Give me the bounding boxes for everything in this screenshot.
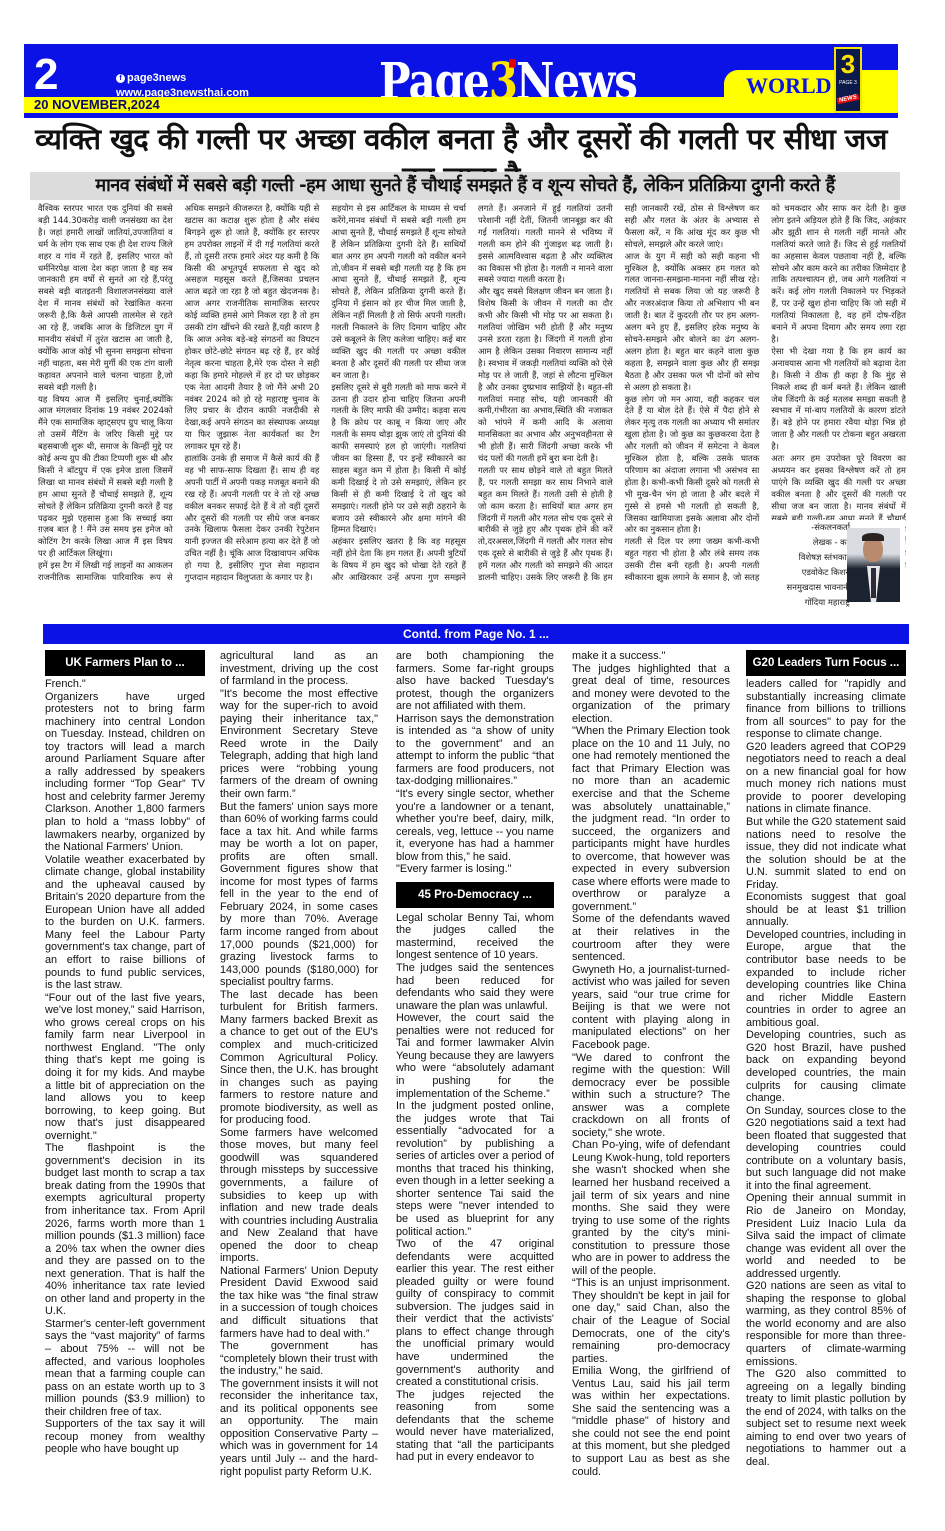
column-3: are both championing the farmers. Some f… [396,650,554,1464]
article-paragraph: हालांकि उनके ही समाज में कैसे कार्य की ह… [185,453,320,584]
article-paragraph: Organizers have urged protesters not to … [45,691,205,854]
article-paragraph: Emilia Wong, the girlfriend of Ventus La… [572,1365,730,1478]
article-paragraph: यह विषय आज मैं इसलिए चुनाई,क्योंकि आज मं… [38,394,173,561]
author-block: -संकलनकर्ता लेखक - कर विशेषज्ञ स्तंभकार … [760,520,905,612]
article-paragraph: Developing countries, such as G20 host B… [746,1029,906,1104]
article-paragraph: "When the Primary Election took place on… [572,725,730,913]
article-paragraph: On Sunday, sources close to the G20 nego… [746,1105,906,1193]
section-heading-pro-democracy[interactable]: 45 Pro-Democracy ... [396,882,554,908]
author-line: गोंदिया महाराष्ट्र [760,595,850,610]
author-credit: -संकलनकर्ता लेखक - कर विशेषज्ञ स्तंभकार … [760,520,850,610]
article-paragraph: The judges said the sentences had been r… [396,962,554,1012]
article-paragraph: But while the G20 statement said nations… [746,816,906,891]
photo-hair [862,533,884,541]
photo-tie [871,568,876,598]
article-paragraph: Developed countries, including in Europe… [746,929,906,1029]
facebook-link[interactable]: fpage3news [116,71,249,86]
article-paragraph: Some farmers have welcomed those moves, … [220,1127,378,1265]
section-label: WORLD [746,73,832,99]
facebook-icon: f [116,74,125,83]
article-paragraph: Supporters of the tax say it will recoup… [45,1418,205,1456]
article-paragraph: “This is an unjust imprisonment. They sh… [572,1277,730,1365]
logo-red-accent [509,59,516,67]
article-paragraph: Gwyneth Ho, a journalist-turned-activist… [572,964,730,1052]
article-paragraph: The judges highlighted that a great deal… [572,663,730,726]
article-paragraph: The government insists it will not recon… [220,1378,378,1478]
article-paragraph: आज के युग में सही को सही कहना भी मुश्किल… [625,251,760,394]
article-paragraph: leaders called for "rapidly and substant… [746,678,906,741]
article-paragraph: The judges rejected the reasoning from s… [396,1389,554,1464]
article-paragraph: Economists suggest that goal should be a… [746,891,906,929]
article-paragraph: "Every farmer is losing." [396,863,554,876]
facebook-handle: page3news [127,72,186,84]
article-paragraph: make it a success." [572,650,730,663]
continued-banner: Contd. from Page No. 1 ... [43,624,909,644]
article-paragraph: "It's become the most effective way for … [220,688,378,801]
section-heading-uk-farmers[interactable]: UK Farmers Plan to ... [45,650,205,676]
article-paragraph: और खुद सबसे विलक्षण जीवन बन जाता है। विश… [478,286,613,465]
author-photo [847,528,900,602]
article-paragraph: French." [45,678,205,691]
column-1: UK Farmers Plan to ... French." Organize… [45,650,205,1456]
article-paragraph: सहयोग से इस आर्टिकल के माध्यम से चर्चा क… [331,203,466,382]
article-paragraph: Opening their annual summit in Rio de Ja… [746,1192,906,1280]
article-paragraph: are both championing the farmers. Some f… [396,650,554,713]
badge-news: NEWS [837,94,860,104]
masthead: 2 fpage3news www.page3newsthai.com Page3… [24,44,898,118]
article-paragraph: Chan Po-ying, wife of defendant Leung Kw… [572,1139,730,1277]
author-line: विशेषज्ञ स्तंभकार [760,550,850,565]
page3-badge-logo: 3 PAGE 3 NEWS [834,47,862,113]
article-paragraph: Volatile weather exacerbated by climate … [45,854,205,992]
badge-label: PAGE 3 [836,79,860,87]
sub-headline: मानव संबंधों में सबसे बड़ी गल्ती -हम आधा… [30,172,900,200]
article-paragraph: कुछ लोग जो मन आया, वही कहकर चल देते हैं … [625,394,760,537]
article-paragraph: ऐसा भी देखा गया है कि हम कार्य का अनावया… [771,346,906,453]
masthead-divider [24,113,898,118]
author-line: -संकलनकर्ता [760,520,850,535]
article-paragraph: Starmer's center-left government says th… [45,1318,205,1418]
article-paragraph: Two of the 47 original defendants were a… [396,1238,554,1389]
author-line: सनमुखदास भावनानी [760,580,850,595]
author-line: लेखक - कर [760,535,850,550]
article-paragraph: G20 nations are seen as vital to shaping… [746,1280,906,1368]
article-paragraph: But the famers' union says more than 60%… [220,801,378,989]
article-paragraph: However, the court said the penalties we… [396,1012,554,1100]
article-paragraph: Some of the defendants waved at their re… [572,913,730,963]
article-paragraph: G20 leaders agreed that COP29 negotiator… [746,741,906,816]
author-line: एडवोकेट किशन [760,565,850,580]
article-paragraph: The G20 also committed to agreeing on a … [746,1368,906,1468]
article-paragraph: agricultural land as an investment, driv… [220,650,378,688]
issue-date: 20 NOVEMBER,2024 [34,97,160,113]
column-4: make it a success." The judges highlight… [572,650,730,1478]
article-paragraph: National Farmers' Union Deputy President… [220,1265,378,1340]
article-paragraph: Legal scholar Benny Tai, whom the judges… [396,912,554,962]
article-paragraph: “It's every single sector, whether you'r… [396,788,554,863]
article-paragraph: “Four out of the last five years, we've … [45,992,205,1143]
article-paragraph: The last decade has been turbulent for B… [220,989,378,1127]
article-paragraph: The government has “completely blown the… [220,1340,378,1378]
badge-number: 3 [836,49,860,79]
article-paragraph: The flashpoint is the government's decis… [45,1142,205,1318]
article-paragraph: Harrison says the demonstration is inten… [396,713,554,788]
column-5: G20 Leaders Turn Focus ... leaders calle… [746,650,906,1468]
page-number: 2 [34,50,58,100]
article-paragraph: वैश्विक स्तरपर भारत एक दुनियां की सबसे ब… [38,203,173,394]
article-paragraph: इसलिए दूसरे से बुरी गलती को माफ करने में… [331,382,466,537]
column-2: agricultural land as an investment, driv… [220,650,378,1478]
article-paragraph: In the judgment posted online, the judge… [396,1100,554,1238]
article-paragraph: "We dared to confront the regime with th… [572,1052,730,1140]
section-heading-g20[interactable]: G20 Leaders Turn Focus ... [746,650,906,676]
